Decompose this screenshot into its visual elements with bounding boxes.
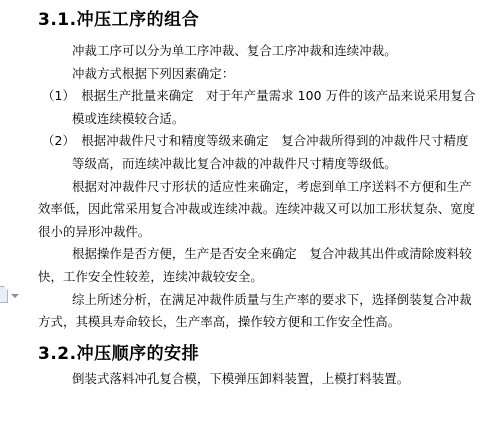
- paragraph-line: 很小的异形冲裁件。: [38, 221, 472, 244]
- numbered-item-2-line: 等级高，而连续冲裁比复合冲裁的冲裁件尺寸精度等级低。: [38, 153, 472, 176]
- paragraph-line: 冲裁工序可以分为单工序冲裁、复合工序冲裁和连续冲裁。: [38, 40, 472, 63]
- numbered-item-1-line: 模或连续模较合适。: [38, 108, 472, 131]
- document-page: 3.1.冲压工序的组合 冲裁工序可以分为单工序冲裁、复合工序冲裁和连续冲裁。 冲…: [0, 0, 495, 427]
- paste-options-button[interactable]: [0, 286, 21, 304]
- paragraph-line: 冲裁方式根据下列因素确定：: [38, 63, 472, 86]
- section-heading-3-2: 3.2.冲压顺序的安排: [38, 345, 472, 363]
- numbered-item-1-line: （1） 根据生产批量来确定 对于年产量需求 100 万件的该产品来说采用复合: [38, 85, 472, 108]
- chevron-down-icon: [11, 294, 19, 298]
- section-heading-3-1: 3.1.冲压工序的组合: [38, 11, 472, 29]
- paragraph-line: 倒装式落料冲孔复合模，下模弹压卸料装置，上模打料装置。: [38, 368, 472, 391]
- paragraph-line: 综上所述分析，在满足冲裁件质量与生产率的要求下，选择倒装复合冲裁: [38, 289, 472, 312]
- paragraph-line: 根据操作是否方便，生产是否安全来确定 复合冲裁其出件或清除废料较: [38, 243, 472, 266]
- numbered-item-2-line: （2） 根据冲裁件尺寸和精度等级来确定 复合冲裁所得到的冲裁件尺寸精度: [38, 130, 472, 153]
- paragraph-line: 效率低，因此常采用复合冲裁或连续冲裁。连续冲裁又可以加工形状复杂、宽度: [38, 198, 472, 221]
- paragraph-line: 快，工作安全性较差，连续冲裁较安全。: [38, 266, 472, 289]
- document-body: 3.1.冲压工序的组合 冲裁工序可以分为单工序冲裁、复合工序冲裁和连续冲裁。 冲…: [38, 11, 472, 390]
- paste-options-icon: [0, 286, 8, 303]
- paragraph-line: 方式，其模具寿命较长，生产率高，操作较方便和工作安全性高。: [38, 311, 472, 334]
- paragraph-line: 根据对冲裁件尺寸形状的适应性来确定，考虑到单工序送料不方便和生产: [38, 176, 472, 199]
